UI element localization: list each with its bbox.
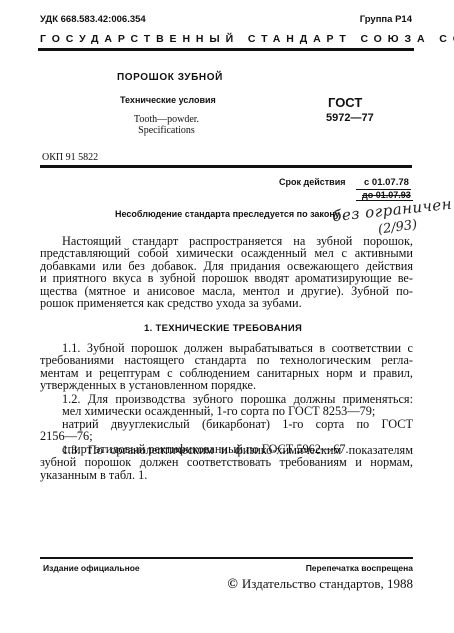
- section-heading: 1. ТЕХНИЧЕСКИЕ ТРЕБОВАНИЯ: [144, 323, 302, 334]
- gost-label: ГОСТ: [328, 95, 362, 110]
- clause-line: 2156—76;: [40, 430, 413, 442]
- intro-paragraph: Настоящий стандарт распространяется на з…: [40, 235, 413, 309]
- intro-line: и приятного вкуса в зубной порошок вводя…: [40, 272, 413, 284]
- validity-from-date: с 01.07.78: [356, 177, 411, 190]
- clause-line: утвержденных в установленном порядке.: [40, 379, 413, 391]
- document-title: ПОРОШОК ЗУБНОЙ: [117, 72, 223, 83]
- reprint-prohibited-label: Перепечатка воспрещена: [306, 563, 413, 573]
- okp-code: ОКП 91 5822: [42, 152, 98, 163]
- clause-line: мел химически осажденный, 1-го сорта по …: [40, 405, 413, 417]
- clause-line: натрий двууглекислый (бикарбонат) 1-го с…: [40, 418, 413, 430]
- english-title: Tooth—powder. Specifications: [120, 114, 213, 136]
- gost-number: 5972—77: [326, 112, 374, 124]
- official-edition-label: Издание официальное: [43, 563, 140, 573]
- state-standard-banner: ГОСУДАРСТВЕННЫЙ СТАНДАРТ СОЮЗА ССР: [40, 33, 414, 45]
- clause-line: указанным в табл. 1.: [40, 469, 413, 481]
- udk-code: УДК 668.583.42:006.354: [40, 14, 146, 25]
- group-code: Группа Р14: [360, 14, 412, 25]
- document-subtitle: Технические условия: [120, 95, 216, 105]
- bottom-rule-divider: [40, 557, 413, 559]
- publisher-name: Издательство стандартов, 1988: [242, 576, 413, 591]
- clause-1-3: 1.3. По органолептическим и физико-химич…: [40, 444, 413, 481]
- clause-line: зубной порошок должен соответствовать тр…: [40, 456, 413, 468]
- validity-label: Срок действия: [279, 177, 345, 187]
- clause-line: требованиями настоящего стандарта по тех…: [40, 354, 413, 366]
- publisher-line: ©Издательство стандартов, 1988: [227, 576, 413, 593]
- middle-rule-divider: [40, 165, 412, 168]
- top-rule-divider: [38, 48, 414, 51]
- clause-1-1: 1.1. Зубной порошок должен вырабатыватьс…: [40, 342, 413, 392]
- copyright-icon: ©: [227, 577, 237, 592]
- compliance-note: Несоблюдение стандарта преследуется по з…: [115, 209, 340, 219]
- intro-line: рошок применяется как средство ухода за …: [40, 297, 413, 309]
- intro-line: представляющий собой химически осажденны…: [40, 247, 413, 259]
